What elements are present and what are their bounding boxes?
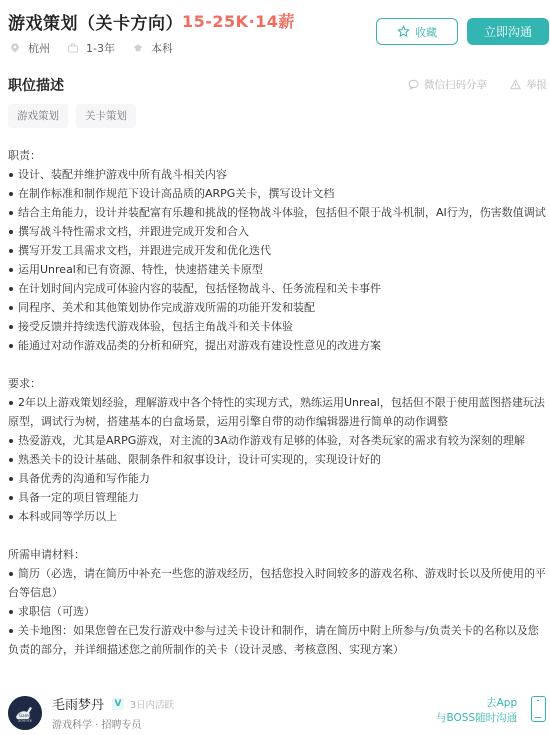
chat-now-button[interactable]: 立即沟通: [467, 18, 549, 45]
verified-badge-icon: V: [112, 698, 124, 710]
list-item: 运用Unreal和已有资源、特性，快速搭建关卡原型: [8, 260, 548, 279]
recruiter-info: 毛雨梦丹 V 3日内活跃 游戏科学 · 招聘专员: [52, 694, 174, 731]
location-icon: [10, 43, 20, 53]
list-item: 接受反馈并持续迭代游戏体验，包括主角战斗和关卡体验: [8, 317, 548, 336]
report-link[interactable]: 举报: [510, 77, 547, 92]
list-item: 具备一定的项目管理能力: [8, 488, 548, 507]
list-item: 简历（必选，请在简历中补充一些您的游戏经历，包括您投入时间较多的游戏名称、游戏时…: [8, 564, 548, 602]
list-item: 熟悉关卡的设计基础、限制条件和叙事设计，设计可实现的，实现设计好的: [8, 450, 548, 469]
tag-game-design: 游戏策划: [8, 104, 68, 128]
materials-heading: 所需申请材料：: [8, 545, 548, 564]
list-item: 关卡地图：如果您曾在已发行游戏中参与过关卡设计和制作，请在简历中附上所参与/负责…: [8, 621, 548, 659]
education-label: 本科: [151, 40, 173, 56]
experience-label: 1-3年: [86, 40, 115, 56]
meta-education: 本科: [133, 40, 173, 56]
requirements-heading: 要求：: [8, 374, 548, 393]
list-item: 能通过对动作游戏品类的分析和研究，提出对游戏有建设性意见的改进方案: [8, 336, 548, 355]
favorite-button[interactable]: 收藏: [376, 18, 458, 45]
city-label: 杭州: [28, 40, 50, 56]
job-title: 游戏策划（关卡方向）: [8, 9, 183, 34]
list-item: 撰写战斗特性需求文档，并跟进完成开发和合入: [8, 222, 548, 241]
job-description: 职责： 设计、装配并维护游戏中所有战斗相关内容 在制作标准和制作规范下设计高品质…: [8, 146, 548, 659]
avatar: Game Science: [8, 696, 42, 730]
wechat-icon: [408, 79, 419, 90]
list-item: 在计划时间内完成可体验内容的装配，包括怪物战斗、任务流程和关卡事件: [8, 279, 548, 298]
warning-icon: [510, 79, 521, 90]
job-meta: 杭州 1-3年 本科: [10, 40, 191, 56]
go-app-line2: 与BOSS随时沟通: [436, 711, 517, 726]
phone-icon[interactable]: [531, 696, 546, 722]
spacer: [8, 355, 548, 374]
go-app-line1: 去App: [436, 696, 517, 711]
meta-experience: 1-3年: [68, 40, 115, 56]
svg-text:Science: Science: [18, 718, 33, 722]
recruiter-card[interactable]: Game Science 毛雨梦丹 V 3日内活跃 游戏科学 · 招聘专员: [8, 694, 174, 731]
list-item: 求职信（可选）: [8, 602, 548, 621]
report-label: 举报: [526, 77, 547, 92]
list-item: 具备优秀的沟通和写作能力: [8, 469, 548, 488]
star-icon: [397, 25, 410, 38]
go-app-link[interactable]: 去App 与BOSS随时沟通: [436, 696, 517, 726]
graduation-cap-icon: [133, 43, 143, 53]
recruiter-name: 毛雨梦丹: [52, 694, 104, 713]
recruiter-company-role: 游戏科学 · 招聘专员: [52, 716, 174, 731]
company-logo-icon: Game Science: [8, 696, 42, 730]
list-item: 设计、装配并维护游戏中所有战斗相关内容: [8, 165, 548, 184]
list-item: 结合主角能力，设计并装配富有乐趣和挑战的怪物战斗体验，包括但不限于战斗机制，AI…: [8, 203, 548, 222]
job-header: 游戏策划（关卡方向） 15-25K·14薪 杭州 1-3年 本科 收藏 立即沟通: [0, 0, 550, 65]
list-item: 本科或同等学历以上: [8, 507, 548, 526]
active-status: 3日内活跃: [130, 697, 174, 711]
share-label: 微信扫码分享: [424, 77, 487, 92]
tag-level-design: 关卡策划: [76, 104, 136, 128]
list-item: 热爱游戏，尤其是ARPG游戏，对主流的3A动作游戏有足够的体验，对各类玩家的需求…: [8, 431, 548, 450]
responsibilities-heading: 职责：: [8, 146, 548, 165]
favorite-label: 收藏: [415, 24, 437, 40]
list-item: 同程序、美术和其他策划协作完成游戏所需的功能开发和装配: [8, 298, 548, 317]
job-tags: 游戏策划 关卡策划: [8, 104, 144, 128]
svg-text:Game: Game: [19, 713, 31, 718]
briefcase-icon: [68, 43, 78, 53]
list-item: 撰写开发工具需求文档，并跟进完成开发和优化迭代: [8, 241, 548, 260]
list-item: 2年以上游戏策划经验，理解游戏中各个特性的实现方式，熟练运用Unreal，包括但…: [8, 393, 548, 431]
wechat-share-link[interactable]: 微信扫码分享: [408, 77, 487, 92]
spacer: [8, 526, 548, 545]
meta-city: 杭州: [10, 40, 50, 56]
section-title: 职位描述: [8, 75, 64, 95]
salary: 15-25K·14薪: [182, 9, 295, 32]
list-item: 在制作标准和制作规范下设计高品质的ARPG关卡，撰写设计文档: [8, 184, 548, 203]
